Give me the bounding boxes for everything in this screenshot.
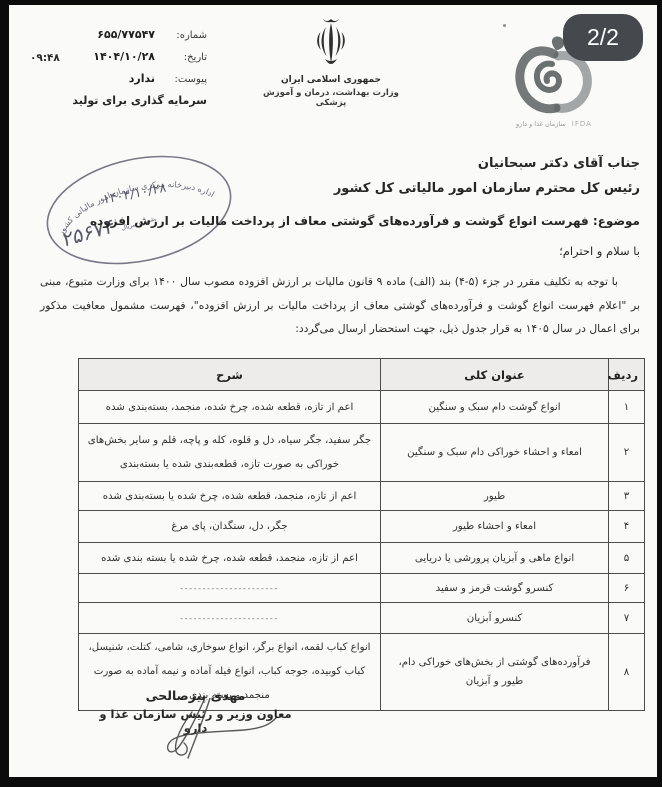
attachment-label: پیوست:: [167, 74, 207, 85]
meta-attachment-row: پیوست: ندارد: [29, 72, 207, 85]
fda-caption-en: IFDA: [572, 120, 592, 128]
row-number: ۳: [609, 482, 645, 511]
row-description: ----------------------: [79, 574, 381, 603]
row-number: ۵: [609, 543, 645, 574]
row-number: ۴: [609, 511, 645, 543]
header-description: شرح: [79, 359, 381, 391]
row-description: جگر، دل، سنگدان، پای مرغ: [79, 511, 381, 543]
handwritten-signature-icon: [118, 698, 288, 760]
recipient-name: جناب آقای دکتر سبحانیان: [30, 156, 640, 171]
fda-caption-fa: سازمان غذا و دارو: [516, 120, 566, 128]
row-description: جگر سفید، جگر سیاه، دل و قلوه، کله و پاچ…: [79, 424, 381, 482]
row-description: اعم از تازه، منجمد، قطعه شده، چرخ شده یا…: [79, 482, 381, 511]
table-row: ۶ کنسرو گوشت قرمز و سفید ---------------…: [79, 574, 645, 603]
scan-speck: [503, 24, 506, 27]
exemption-table: ردیف عنوان کلی شرح ۱ انواع گوشت دام سبک …: [78, 358, 645, 711]
date-label: تاریخ:: [167, 52, 207, 63]
row-number: ۸: [609, 634, 645, 711]
meta-number-row: شماره: ۶۵۵/۷۷۵۴۷: [29, 28, 207, 41]
row-category: کنسرو گوشت قرمز و سفید: [381, 574, 609, 603]
row-number: ۷: [609, 603, 645, 634]
row-category: کنسرو آبزیان: [381, 603, 609, 634]
scan-edge-top: [0, 0, 662, 5]
table-row: ۴ امعاء و احشاء طیور جگر، دل، سنگدان، پا…: [79, 511, 645, 543]
scan-edge-right: [657, 0, 662, 787]
scan-edge-left: [0, 0, 9, 787]
row-description: ----------------------: [79, 603, 381, 634]
row-category: طیور: [381, 482, 609, 511]
table-row: ۲ امعاء و احشاء خوراکی دام سبک و سنگین ج…: [79, 424, 645, 482]
letterhead-center: جمهوری اسلامی ایران وزارت بهداشت، درمان …: [251, 15, 411, 108]
page-badge: 2/2: [563, 14, 643, 61]
row-category: امعاء و احشاء طیور: [381, 511, 609, 543]
time-value: ۰۹:۴۸: [30, 52, 60, 64]
number-label: شماره:: [167, 30, 207, 41]
body-paragraph: با توجه به تکلیف مقرر در جزء (۵-۴) بند (…: [40, 270, 640, 341]
recipient-block: جناب آقای دکتر سبحانیان رئیس کل محترم سا…: [30, 156, 640, 258]
emblem-ministry-text: وزارت بهداشت، درمان و آموزش پزشکی: [251, 88, 411, 108]
number-value: ۶۵۵/۷۷۵۴۷: [97, 28, 155, 41]
header-category: عنوان کلی: [381, 359, 609, 391]
table-row: ۱ انواع گوشت دام سبک و سنگین اعم از تازه…: [79, 391, 645, 424]
table-header-row: ردیف عنوان کلی شرح: [79, 359, 645, 391]
table-row: ۷ کنسرو آبزیان ----------------------: [79, 603, 645, 634]
table-row: ۳ طیور اعم از تازه، منجمد، قطعه شده، چرخ…: [79, 482, 645, 511]
date-value: ۱۴۰۴/۱۰/۲۸: [93, 50, 155, 63]
row-description: اعم از تازه، منجمد، قطعه شده، چرخ شده یا…: [79, 543, 381, 574]
header-row-number: ردیف: [609, 359, 645, 391]
salutation-line: با سلام و احترام؛: [30, 244, 640, 258]
iran-emblem-icon: [308, 15, 354, 73]
row-number: ۲: [609, 424, 645, 482]
row-description: اعم از تازه، قطعه شده، چرخ شده، منجمد، ب…: [79, 391, 381, 424]
row-number: ۱: [609, 391, 645, 424]
subject-line: موضوع: فهرست انواع گوشت و فرآورده‌های گو…: [30, 214, 640, 228]
emblem-country-text: جمهوری اسلامی ایران: [251, 75, 411, 85]
row-category: انواع گوشت دام سبک و سنگین: [381, 391, 609, 424]
row-number: ۶: [609, 574, 645, 603]
attachment-value: ندارد: [129, 72, 155, 85]
scan-edge-bottom: [0, 777, 662, 787]
row-category: فرآورده‌های گوشتی از بخش‌های خوراکی دام،…: [381, 634, 609, 711]
row-category: انواع ماهی و آبزیان پرورشی یا دریایی: [381, 543, 609, 574]
recipient-title: رئیس کل محترم سازمان امور مالیاتی کل کشو…: [30, 181, 640, 196]
letter-meta: شماره: ۶۵۵/۷۷۵۴۷ تاریخ: ۱۴۰۴/۱۰/۲۸ پیوست…: [29, 28, 207, 107]
table-row: ۵ انواع ماهی و آبزیان پرورشی یا دریایی ا…: [79, 543, 645, 574]
row-category: امعاء و احشاء خوراکی دام سبک و سنگین: [381, 424, 609, 482]
scanned-letter-page: شماره: ۶۵۵/۷۷۵۴۷ تاریخ: ۱۴۰۴/۱۰/۲۸ پیوست…: [0, 0, 662, 787]
slogan-text: سرمایه گذاری برای تولید: [29, 94, 207, 107]
